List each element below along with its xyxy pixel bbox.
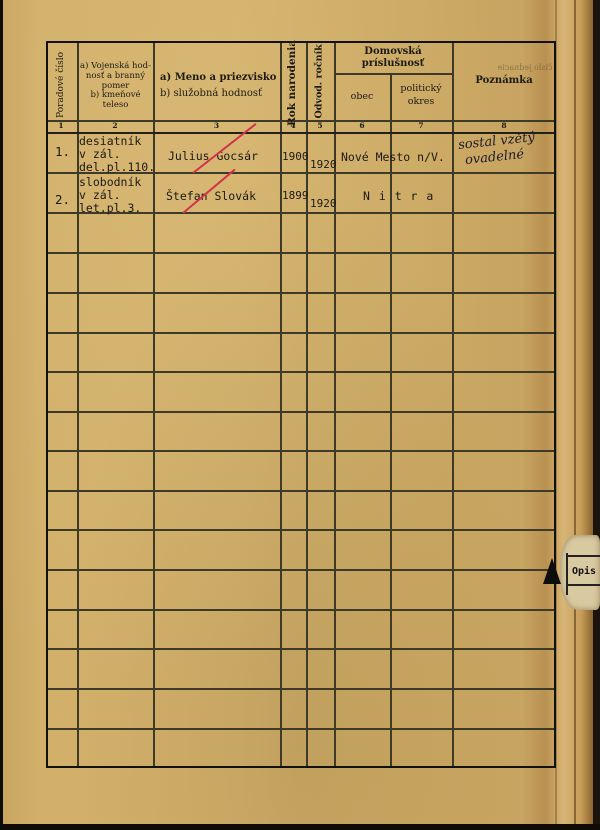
row-line	[48, 609, 554, 611]
col-number: 5	[306, 121, 334, 130]
header-domicile-group: Domovská príslušnosť	[334, 46, 452, 69]
scan-edge-bottom	[0, 824, 600, 830]
row-2-number: 2.	[55, 193, 70, 206]
row-1-draft-year: 1920	[310, 158, 337, 171]
row-line	[48, 529, 554, 531]
row-line	[48, 450, 554, 452]
header-obec: obec	[334, 92, 390, 103]
header-name-rank: a) Meno a priezvisko b) služobná hodnosť	[160, 70, 280, 102]
row-line	[48, 252, 554, 254]
col-number: 2	[77, 121, 153, 130]
row-2-name: Štefan Slovák	[166, 190, 256, 203]
tab-corner-mark	[543, 558, 561, 584]
row-1-rank-unit: desiatník v zál. del.pl.110.	[79, 135, 155, 174]
row-1-obec: Nové Mesto n/V.	[341, 151, 445, 164]
row-line	[48, 292, 554, 294]
rank-line: del.pl.110.	[79, 161, 155, 174]
col-divider-7	[452, 43, 454, 766]
header-okres-line: politický	[390, 82, 452, 95]
bleed-through-text: čislo jednacie	[490, 63, 560, 72]
row-line	[48, 688, 554, 690]
row-2-birth-year: 1899	[282, 189, 309, 202]
group-header-divider	[334, 73, 452, 75]
row-line	[48, 490, 554, 492]
rank-line: let.pl.3.	[79, 202, 141, 215]
row-2-obec: N i t r a	[363, 190, 434, 203]
header-political-district: politický okres	[390, 82, 452, 109]
col-divider-6	[390, 75, 392, 766]
row-line	[48, 648, 554, 650]
col-number: 4	[280, 121, 306, 130]
header-poradove-cislo: Poradové číslo	[56, 52, 66, 118]
tab-label-opis: Opis	[572, 566, 596, 577]
header-draft-year: Odvod. ročník	[314, 45, 325, 119]
row-2-rank-unit: slobodník v zál. let.pl.3.	[79, 176, 141, 215]
row-line	[48, 411, 554, 413]
row-1-birth-year: 1900	[282, 150, 309, 163]
col-number: 7	[390, 121, 452, 130]
col-number: 8	[452, 121, 556, 130]
tab-border	[566, 553, 568, 595]
header-name: a) Meno a priezvisko	[160, 70, 280, 86]
header-note: Poznámka	[452, 75, 556, 87]
header-rank-line: b) kmeňové teleso	[78, 91, 153, 111]
row-1-number: 1.	[55, 145, 70, 158]
header-service-rank: b) služobná hodnosť	[160, 86, 280, 102]
col-number: 3	[153, 121, 280, 130]
header-okres-line: okres	[390, 95, 452, 108]
col-number: 6	[334, 121, 390, 130]
tab-border	[566, 555, 600, 557]
header-birth-year: Rok narodenia	[286, 46, 298, 126]
row-line	[48, 569, 554, 571]
row-line	[48, 728, 554, 730]
row-line	[48, 371, 554, 373]
paper-fold-edge	[574, 0, 576, 824]
col-divider-5	[334, 43, 336, 766]
col-number: 1	[46, 121, 76, 130]
row-2-draft-year: 1920	[310, 197, 337, 210]
tab-border	[566, 584, 600, 586]
header-rank-unit: a) Vojenská hod- nosť a branný pomer b) …	[78, 62, 153, 111]
row-line	[48, 332, 554, 334]
